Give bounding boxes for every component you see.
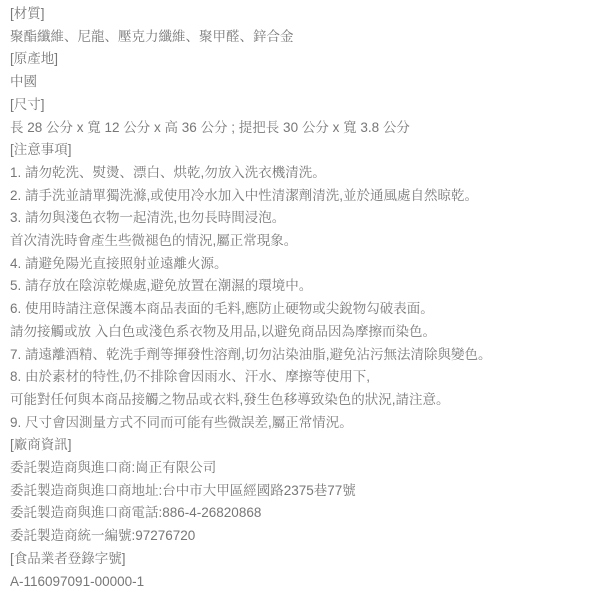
notice-line-6-continued: 請勿接觸或放 入白色或淺色系衣物及用品,以避免商品因為摩擦而染色。: [10, 321, 590, 344]
origin-value: 中國: [10, 71, 590, 94]
notice-line-1: 1. 請勿乾洗、熨燙、漂白、烘乾,勿放入洗衣機清洗。: [10, 162, 590, 185]
dimensions-header: [尺寸]: [10, 94, 590, 117]
product-spec-section: [材質] 聚酯纖維、尼龍、壓克力纖維、聚甲醛、鋅合金 [原產地] 中國 [尺寸]…: [0, 0, 600, 593]
dimensions-value: 長 28 公分 x 寬 12 公分 x 高 36 公分 ; 提把長 30 公分 …: [10, 117, 590, 140]
material-header: [材質]: [10, 3, 590, 26]
notice-line-3: 3. 請勿與淺色衣物一起清洗,也勿長時間浸泡。: [10, 207, 590, 230]
food-registration-header: [食品業者登錄字號]: [10, 548, 590, 571]
notice-line-7: 7. 請遠離酒精、乾洗手劑等揮發性溶劑,切勿沾染油脂,避免沾污無法清除與變色。: [10, 344, 590, 367]
notice-line-9: 9. 尺寸會因測量方式不同而可能有些微誤差,屬正常情況。: [10, 412, 590, 435]
manufacturer-header: [廠商資訊]: [10, 434, 590, 457]
notice-line-8: 8. 由於素材的特性,仍不排除會因雨水、汗水、摩擦等使用下,: [10, 366, 590, 389]
notice-line-5: 5. 請存放在陰涼乾燥處,避免放置在潮濕的環境中。: [10, 275, 590, 298]
notice-line-2: 2. 請手洗並請單獨洗滌,或使用冷水加入中性清潔劑清洗,並於通風處自然晾乾。: [10, 185, 590, 208]
notice-line-3-continued: 首次清洗時會產生些微褪色的情況,屬正常現象。: [10, 230, 590, 253]
notice-line-8-continued: 可能對任何與本商品接觸之物品或衣料,發生色移導致染色的狀況,請注意。: [10, 389, 590, 412]
food-registration-number: A-116097091-00000-1: [10, 571, 590, 594]
origin-header: [原產地]: [10, 48, 590, 71]
manufacturer-address-line: 委託製造商與進口商地址:台中市大甲區經國路2375巷77號: [10, 480, 590, 503]
notice-line-6: 6. 使用時請注意保護本商品表面的毛料,應防止硬物或尖銳物勾破表面。: [10, 298, 590, 321]
manufacturer-tax-id-line: 委託製造商統一編號:97276720: [10, 525, 590, 548]
notices-header: [注意事項]: [10, 139, 590, 162]
notice-line-4: 4. 請避免陽光直接照射並遠離火源。: [10, 253, 590, 276]
manufacturer-phone-line: 委託製造商與進口商電話:886-4-26820868: [10, 502, 590, 525]
material-value: 聚酯纖維、尼龍、壓克力纖維、聚甲醛、鋅合金: [10, 26, 590, 49]
manufacturer-company-line: 委託製造商與進口商:崗正有限公司: [10, 457, 590, 480]
